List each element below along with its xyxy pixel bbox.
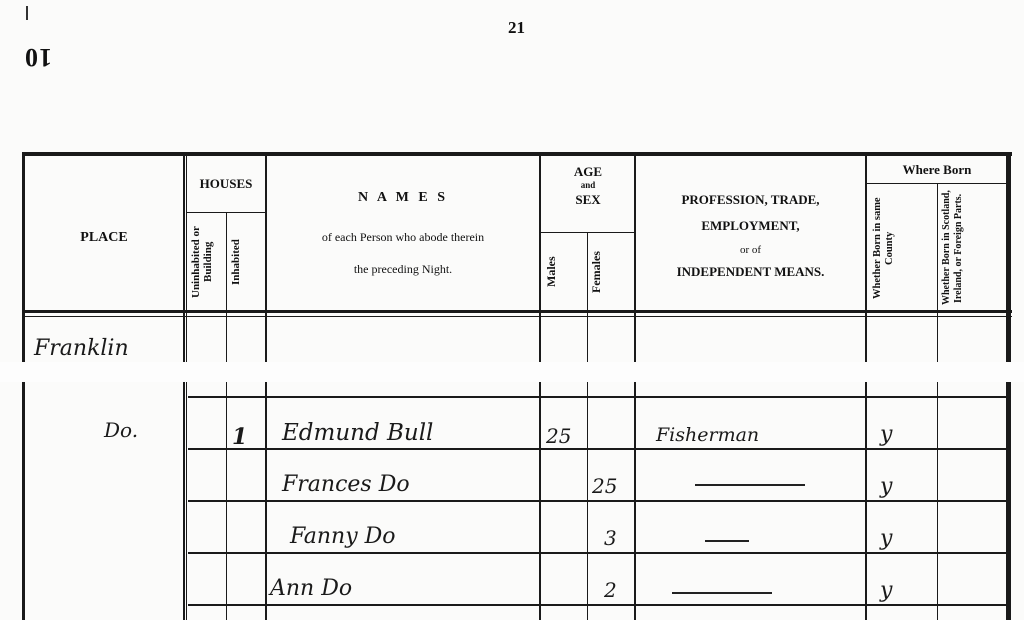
header-profession-4: INDEPENDENT MEANS. (636, 264, 865, 280)
header-males: Males (545, 236, 585, 308)
corner-folio-number: 10 (24, 42, 52, 72)
header-and: and (541, 180, 635, 190)
header-females: Females (590, 236, 632, 308)
header-bottom-border (22, 310, 1012, 313)
col-divider-place (183, 152, 185, 620)
row-rule-2 (188, 500, 1006, 502)
right-border (1006, 152, 1011, 620)
row-rule-0 (188, 396, 1006, 398)
header-age: AGE (541, 164, 635, 180)
page-number: 21 (508, 18, 525, 38)
row-rule-4 (188, 604, 1006, 606)
image-splice-gap (0, 362, 1024, 382)
row1-male-age: 25 (546, 424, 571, 448)
row2-name: Frances Do (282, 472, 410, 497)
row1-profession: Fisherman (656, 424, 759, 446)
header-where-born: Where Born (867, 162, 1007, 178)
header-uninhabited: Uninhabited or Building (190, 216, 224, 308)
col-divider-age (539, 152, 541, 620)
header-place: PLACE (25, 230, 183, 246)
header-names: N A M E S (267, 190, 539, 206)
houses-sub-rule (186, 212, 266, 213)
place-ditto: Do. (104, 418, 138, 442)
row4-female-age: 2 (604, 578, 617, 602)
place-heading: Franklin (34, 336, 129, 361)
row2-profession-dash (695, 484, 805, 486)
header-bottom-rule (22, 316, 1012, 317)
row4-profession-dash (672, 592, 772, 594)
row3-female-age: 3 (604, 526, 617, 550)
table-top-border (22, 152, 1012, 156)
header-sex: SEX (541, 192, 635, 208)
header-same-county: Whether Born in same County (872, 188, 934, 308)
row1-same-county: y (880, 422, 892, 447)
row2-same-county: y (880, 474, 892, 499)
row-rule-3 (188, 552, 1006, 554)
header-profession-3: or of (636, 244, 865, 256)
margin-mark (26, 6, 28, 20)
header-profession-1: PROFESSION, TRADE, (636, 192, 865, 208)
col-divider-sex (587, 232, 588, 620)
header-profession-2: EMPLOYMENT, (636, 218, 865, 234)
gap-mask (22, 362, 25, 382)
row3-profession-dash (705, 540, 749, 542)
row4-same-county: y (880, 578, 892, 603)
header-inhabited: Inhabited (230, 216, 262, 308)
row-rule-1 (188, 448, 1006, 450)
col-divider-names (265, 152, 267, 620)
row2-female-age: 25 (592, 474, 617, 498)
age-sub-rule (541, 232, 635, 233)
row4-name: Ann Do (270, 576, 352, 601)
header-houses: HOUSES (186, 176, 266, 192)
row1-inhabited: 1 (232, 424, 247, 450)
row3-name: Fanny Do (290, 524, 396, 549)
col-divider-born-sub (937, 183, 938, 620)
col-divider-place-2 (186, 152, 187, 620)
left-border (22, 152, 25, 620)
header-names-line2: the preceding Night. (267, 262, 539, 277)
header-names-line1: of each Person who abode therein (267, 230, 539, 245)
row3-same-county: y (880, 526, 892, 551)
born-sub-rule (867, 183, 1007, 184)
row1-name: Edmund Bull (282, 420, 433, 446)
header-scotland: Whether Born in Scotland, Ireland, or Fo… (941, 188, 1003, 308)
col-divider-houses (226, 212, 227, 620)
col-divider-where-born (865, 152, 867, 620)
